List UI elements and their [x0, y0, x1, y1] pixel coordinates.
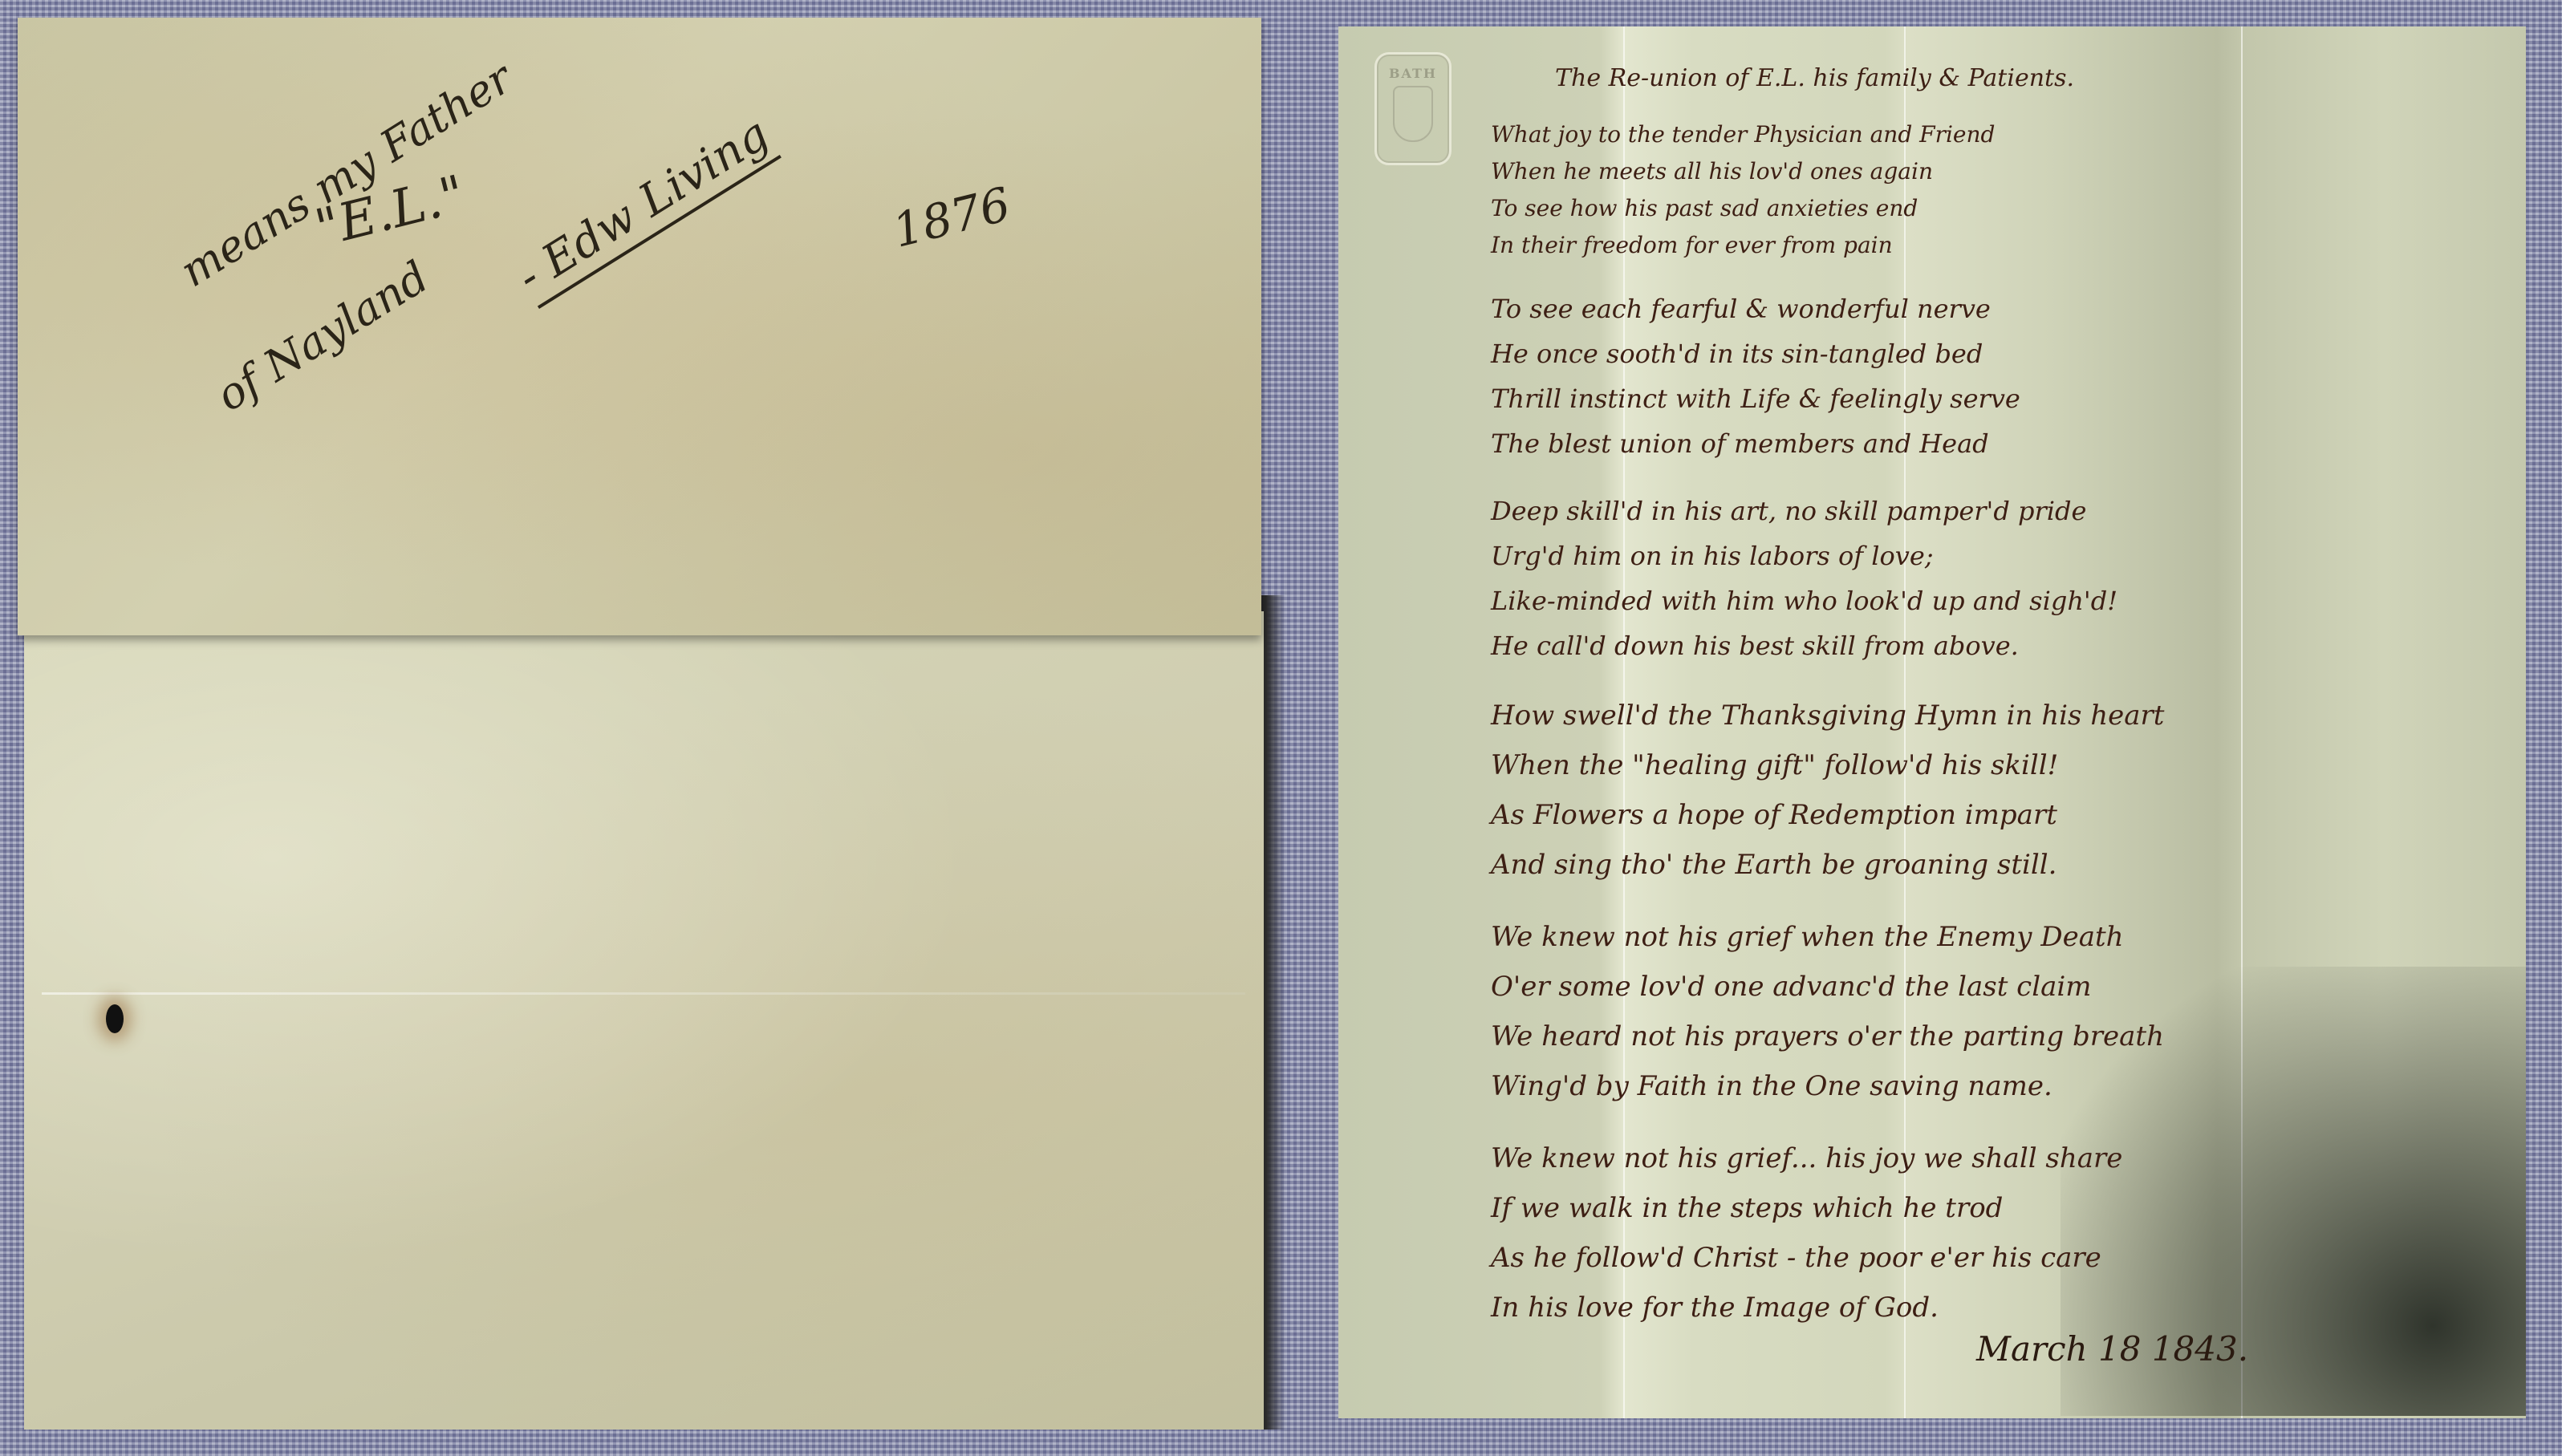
poem-line: He once sooth'd in its sin-tangled bed [1491, 331, 2478, 376]
poem-stanza-3: Deep skill'd in his art, no skill pamper… [1491, 489, 2478, 668]
handwritten-poem: The Re-union of E.L. his family & Patien… [1491, 64, 2478, 1355]
poem-line: To see each fearful & wonderful nerve [1491, 286, 2478, 331]
poem-line: He call'd down his best skill from above… [1491, 623, 2478, 668]
poem-line: O'er some lov'd one advanc'd the last cl… [1491, 962, 2478, 1012]
bath-emboss-stamp: BATH [1374, 52, 1452, 165]
poem-line: Deep skill'd in his art, no skill pamper… [1491, 489, 2478, 533]
poem-title: The Re-union of E.L. his family & Patien… [1555, 64, 2478, 92]
poem-line: We heard not his prayers o'er the partin… [1491, 1012, 2478, 1061]
poem-stanza-4: How swell'd the Thanksgiving Hymn in his… [1491, 691, 2478, 890]
annotation-year: 1876 [887, 176, 1016, 258]
poem-line: We knew not his grief... his joy we shal… [1491, 1134, 2478, 1183]
poem-line: And sing tho' the Earth be groaning stil… [1491, 840, 2478, 890]
poem-line: How swell'd the Thanksgiving Hymn in his… [1491, 691, 2478, 740]
poem-line: When the "healing gift" follow'd his ski… [1491, 740, 2478, 790]
poem-line: As he follow'd Christ - the poor e'er hi… [1491, 1233, 2478, 1283]
poem-line: In his love for the Image of God. [1491, 1283, 2478, 1332]
poem-date: March 18 1843. [1976, 1329, 2248, 1369]
shield-icon [1393, 86, 1433, 142]
poem-sheet: BATH The Re-union of E.L. his family & P… [1338, 20, 2526, 1420]
poem-line: Urg'd him on in his labors of love; [1491, 533, 2478, 578]
letter-back-sheet: "E.L." means my Father of Nayland - Edw … [18, 18, 1269, 1430]
poem-stanza-6: We knew not his grief... his joy we shal… [1491, 1134, 2478, 1332]
poem-line: We knew not his grief when the Enemy Dea… [1491, 912, 2478, 962]
poem-line: What joy to the tender Physician and Fri… [1491, 116, 2478, 153]
annotation-signature: - Edw Living [508, 108, 781, 309]
poem-line: When he meets all his lov'd ones again [1491, 153, 2478, 190]
annotation-line-2: of Nayland [208, 251, 437, 421]
poem-line: Wing'd by Faith in the One saving name. [1491, 1061, 2478, 1111]
handwritten-annotation: "E.L." means my Father of Nayland - Edw … [18, 18, 1269, 1430]
poem-line: To see how his past sad anxieties end [1491, 190, 2478, 227]
poem-line: Thrill instinct with Life & feelingly se… [1491, 376, 2478, 421]
poem-line: Like-minded with him who look'd up and s… [1491, 578, 2478, 623]
annotation-line-1: means my Father [172, 52, 521, 297]
poem-stanza-2: To see each fearful & wonderful nerve He… [1491, 286, 2478, 466]
poem-line: As Flowers a hope of Redemption impart [1491, 790, 2478, 840]
poem-line: If we walk in the steps which he trod [1491, 1183, 2478, 1233]
poem-line: In their freedom for ever from pain [1491, 227, 2478, 264]
poem-line: The blest union of members and Head [1491, 421, 2478, 466]
poem-stanza-1: What joy to the tender Physician and Fri… [1491, 116, 2478, 264]
stamp-label: BATH [1377, 66, 1449, 81]
poem-stanza-5: We knew not his grief when the Enemy Dea… [1491, 912, 2478, 1111]
